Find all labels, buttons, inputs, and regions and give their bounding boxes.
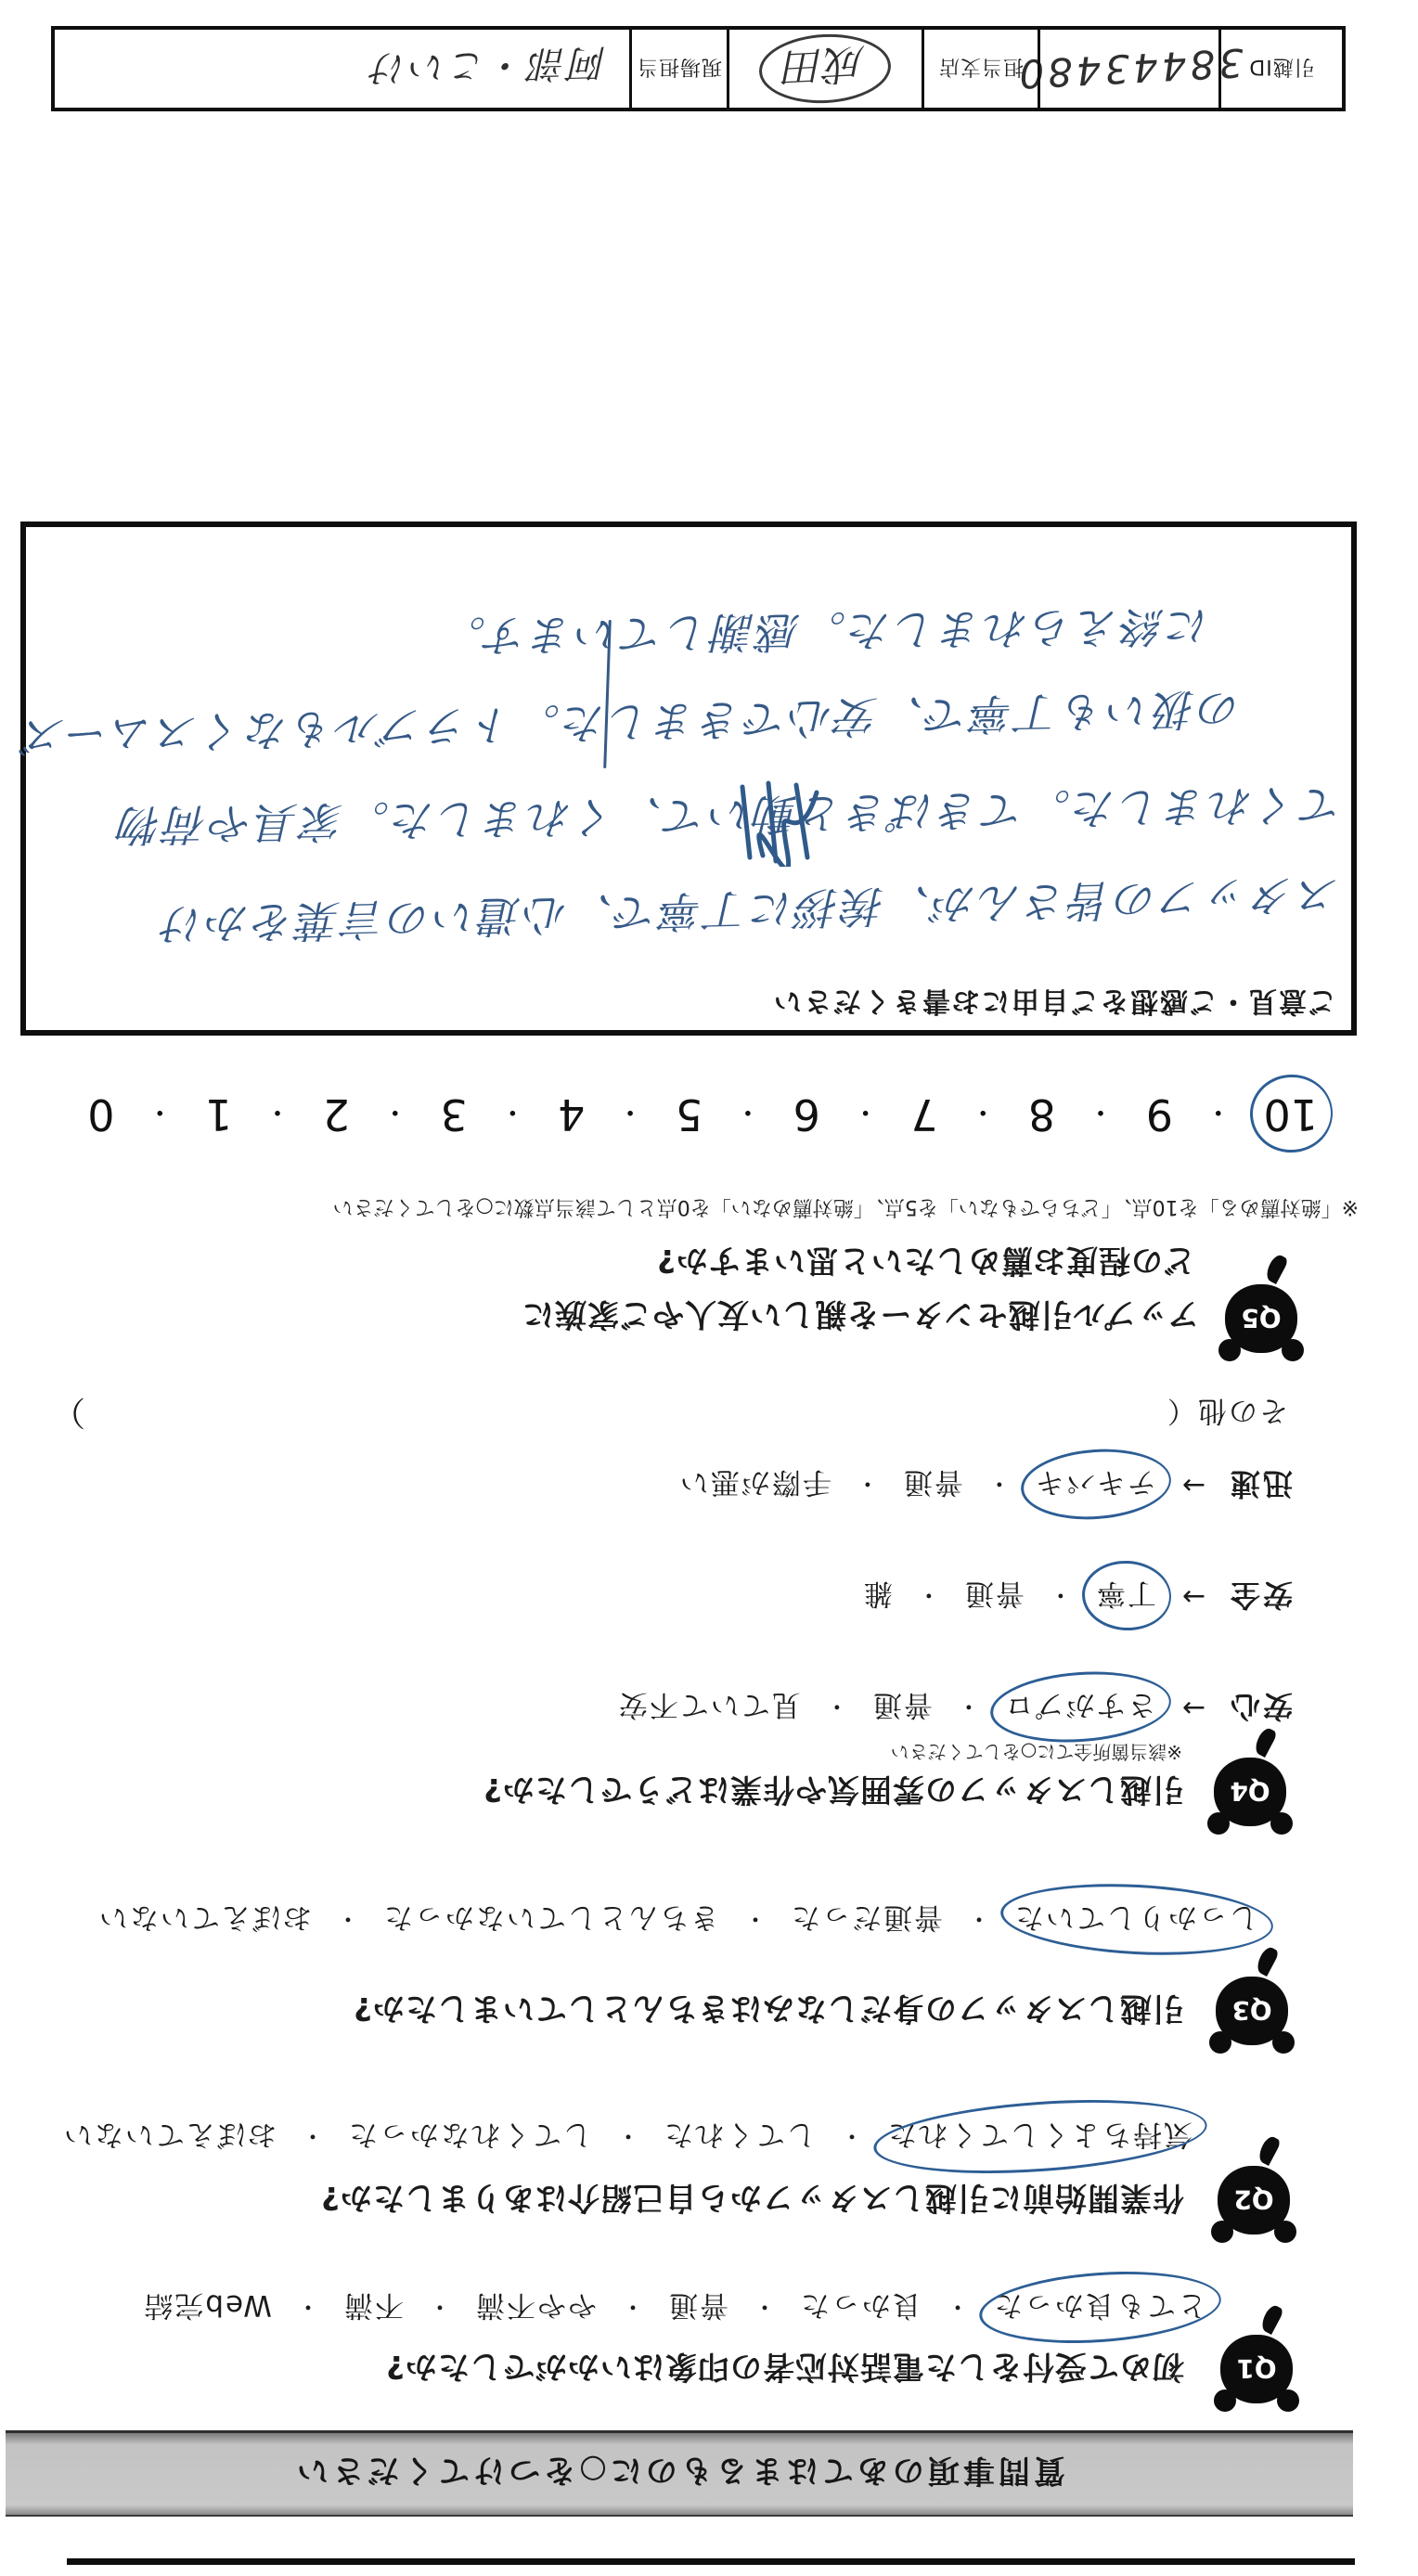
q3-option: きちんとしていなかった	[382, 1900, 719, 1941]
option-separator: ・	[294, 2291, 320, 2325]
scale-separator: ・	[1087, 1094, 1115, 1135]
q4-jinsoku-option: 普通	[902, 1465, 963, 1507]
q3-badge-tail	[1254, 1945, 1280, 1977]
q4-row-anshin: 安心 → さすがプロ ・ 普通 ・ 見ていて不安	[617, 1687, 1293, 1730]
q4-anzen-option: 普通	[963, 1577, 1025, 1618]
q1-option: 普通	[667, 2287, 728, 2329]
option-separator: ・	[751, 2291, 777, 2325]
scanned-survey-sheet: 質問事項のあてはまるものに○をつけてください Q1 初めて受付をした電話対応者の…	[0, 0, 1418, 2576]
q5-note: ※「絶対薦める」を10点、「どちらでもない」を5点、「絶対薦めない」を0点として…	[333, 1194, 1359, 1223]
q4-jinsoku-option: 手際が悪い	[678, 1465, 831, 1507]
q4-row-label: 安心	[1215, 1687, 1293, 1730]
q4-note: ※該当箇所全てに○をしてください	[891, 1740, 1182, 1767]
q4-anshin-option: 見ていて不安	[617, 1688, 801, 1730]
crew-label: 現場担当	[637, 55, 722, 84]
q4-title: 引越しスタッフの雰囲気や作業はどうでしたか?	[483, 1770, 1184, 1815]
q3-options: しっかりしていた ・ 普通だった ・ きちんとしていなかった ・ おぼえていない	[97, 1900, 1258, 1941]
q5-scale-0: 0	[87, 1089, 114, 1140]
q2-title: 作業開始前に引越しスタッフから自己紹介はありましたか?	[320, 2178, 1184, 2223]
q2-badge-tail	[1256, 2134, 1282, 2166]
scale-separator: ・	[381, 1094, 409, 1135]
q1-badge: Q1	[1220, 2335, 1293, 2403]
option-separator: ・	[614, 2120, 640, 2155]
q5-scale-7: 7	[910, 1089, 937, 1140]
option-separator: ・	[854, 1469, 880, 1503]
q1-badge-tail	[1258, 2303, 1284, 2335]
arrow-icon: →	[1180, 1470, 1205, 1502]
option-separator: ・	[965, 1903, 991, 1938]
option-separator: ・	[619, 2291, 645, 2325]
moving-id-label: 引越ID	[1248, 55, 1314, 84]
comment-box-label: ご意見・ご感想をご自由にお書きください	[772, 984, 1336, 1024]
option-separator: ・	[838, 2120, 864, 2155]
id-table: 引越ID 38443480 担当支店 成田 現場担当 阿部・こいけ	[51, 26, 1346, 111]
option-separator: ・	[741, 1903, 767, 1938]
scribble-mark	[720, 778, 824, 867]
id-table-value-cell: 成田	[729, 30, 924, 108]
q1-badge-label: Q1	[1236, 2354, 1276, 2385]
scale-separator: ・	[264, 1094, 291, 1135]
scale-separator: ・	[852, 1094, 880, 1135]
branch-label: 担当支店	[938, 55, 1024, 84]
q5-scale-2: 2	[323, 1089, 350, 1140]
q5-nps-scale: 10 ・ 9 ・ 8 ・ 7 ・ 6 ・ 5 ・ 4 ・ 3 ・ 2 ・ 1 ・…	[87, 1089, 1318, 1140]
q4-anzen-option: 雑	[862, 1577, 893, 1618]
crew-handwritten-value: 阿部・こいけ	[367, 39, 607, 98]
q4-jinsoku-selected: テキパキ	[1034, 1465, 1156, 1507]
q2-option: してくれなかった	[347, 2117, 592, 2158]
q1-option: 良かった	[799, 2287, 922, 2329]
q4-badge-tail	[1252, 1726, 1278, 1758]
q4-anshin-selected: さすがプロ	[1003, 1688, 1156, 1730]
id-table-label-cell: 担当支店	[924, 30, 1040, 108]
q5-scale-5: 5	[676, 1089, 703, 1140]
q5-scale-1: 1	[205, 1089, 232, 1140]
q5-badge: Q5	[1225, 1284, 1297, 1353]
q5-badge-tail	[1263, 1253, 1289, 1284]
option-separator: ・	[1047, 1580, 1073, 1615]
instruction-banner-text: 質問事項のあてはまるものに○をつけてください	[293, 2452, 1065, 2497]
scale-separator: ・	[1205, 1094, 1232, 1135]
option-separator: ・	[955, 1692, 981, 1726]
q4-badge: Q4	[1214, 1758, 1286, 1826]
q2-option: おぼえていない	[62, 2117, 277, 2158]
q1-option-selected: とても良かった	[992, 2287, 1206, 2329]
q5-scale-9: 9	[1146, 1089, 1173, 1140]
option-separator: ・	[299, 2120, 325, 2155]
q5-scale-6: 6	[793, 1089, 820, 1140]
q2-badge-label: Q2	[1233, 2185, 1273, 2216]
option-separator: ・	[986, 1469, 1012, 1503]
q5-badge-label: Q5	[1241, 1304, 1281, 1334]
option-separator: ・	[823, 1692, 849, 1726]
q1-title: 初めて受付をした電話対応者の印象はいかがでしたか?	[385, 2347, 1184, 2392]
id-table-label-cell: 現場担当	[632, 30, 729, 108]
q5-scale-8: 8	[1028, 1089, 1055, 1140]
q5-scale-10-selected: 10	[1263, 1089, 1318, 1140]
q5-title-line1: アップル引越センターを親しい友人やご家族に	[522, 1294, 1199, 1340]
option-separator: ・	[944, 2291, 970, 2325]
id-table-value-cell: 38443480	[1040, 30, 1221, 108]
q4-other-suffix: ）	[50, 1391, 85, 1438]
q3-badge: Q3	[1216, 1977, 1288, 2045]
q4-anshin-option: 普通	[871, 1688, 933, 1730]
q1-option: 不満	[342, 2287, 404, 2329]
q5-scale-4: 4	[558, 1089, 585, 1140]
q2-options: 気持ちよくしてくれた ・ してくれた ・ してくれなかった ・ おぼえていない	[62, 2117, 1192, 2158]
scale-separator: ・	[969, 1094, 997, 1135]
q4-row-label: 安全	[1215, 1576, 1293, 1618]
id-table-value-cell: 阿部・こいけ	[55, 30, 632, 108]
q4-other-label: その他（	[1166, 1393, 1288, 1435]
q4-anzen-selected: 丁寧	[1095, 1577, 1156, 1618]
q4-row-anzen: 安全 → 丁寧 ・ 普通 ・ 雑	[862, 1576, 1293, 1618]
handwritten-comment-line: に終えられました。感謝しています。	[440, 598, 1210, 670]
q3-option-selected: しっかりしていた	[1013, 1900, 1258, 1941]
survey-page-rotated-180: 質問事項のあてはまるものに○をつけてください Q1 初めて受付をした電話対応者の…	[0, 0, 1418, 2576]
q5-scale-3: 3	[440, 1089, 467, 1140]
branch-handwritten-value: 成田	[758, 31, 894, 106]
q2-badge: Q2	[1218, 2166, 1290, 2235]
q1-option: やや不満	[474, 2287, 597, 2329]
q3-option: おぼえていない	[97, 1900, 312, 1941]
q1-option: Web完結	[142, 2287, 272, 2329]
scan-edge-line	[67, 2558, 1355, 2565]
option-separator: ・	[426, 2291, 452, 2325]
arrow-icon: →	[1180, 1693, 1205, 1725]
q3-title: 引越しスタッフの身だしなみはきちんとしていましたか?	[353, 1989, 1184, 2034]
q4-badge-label: Q4	[1230, 1777, 1270, 1808]
q4-row-label: 迅速	[1215, 1464, 1293, 1507]
scale-separator: ・	[146, 1094, 174, 1135]
q5-title-line2: どの程度お薦めしたいと思いますか?	[656, 1241, 1195, 1286]
q4-other-prefix: その他（	[1166, 1393, 1288, 1435]
q1-options: とても良かった ・ 良かった ・ 普通 ・ やや不満 ・ 不満 ・ Web完結	[142, 2287, 1206, 2329]
option-separator: ・	[334, 1903, 360, 1938]
scale-separator: ・	[498, 1094, 526, 1135]
q2-option-selected: 気持ちよくしてくれた	[886, 2117, 1192, 2158]
option-separator: ・	[915, 1580, 941, 1615]
q4-row-jinsoku: 迅速 → テキパキ ・ 普通 ・ 手際が悪い	[678, 1464, 1293, 1507]
instruction-banner: 質問事項のあてはまるものに○をつけてください	[6, 2430, 1353, 2517]
moving-id-handwritten-value: 38443480	[1014, 40, 1244, 97]
q3-option: 普通だった	[790, 1900, 943, 1941]
scale-separator: ・	[616, 1094, 644, 1135]
q2-option: してくれた	[663, 2117, 816, 2158]
arrow-icon: →	[1180, 1581, 1205, 1614]
q4-other-close-paren: ）	[50, 1391, 85, 1438]
q3-badge-label: Q3	[1231, 1996, 1271, 2027]
scale-separator: ・	[734, 1094, 762, 1135]
